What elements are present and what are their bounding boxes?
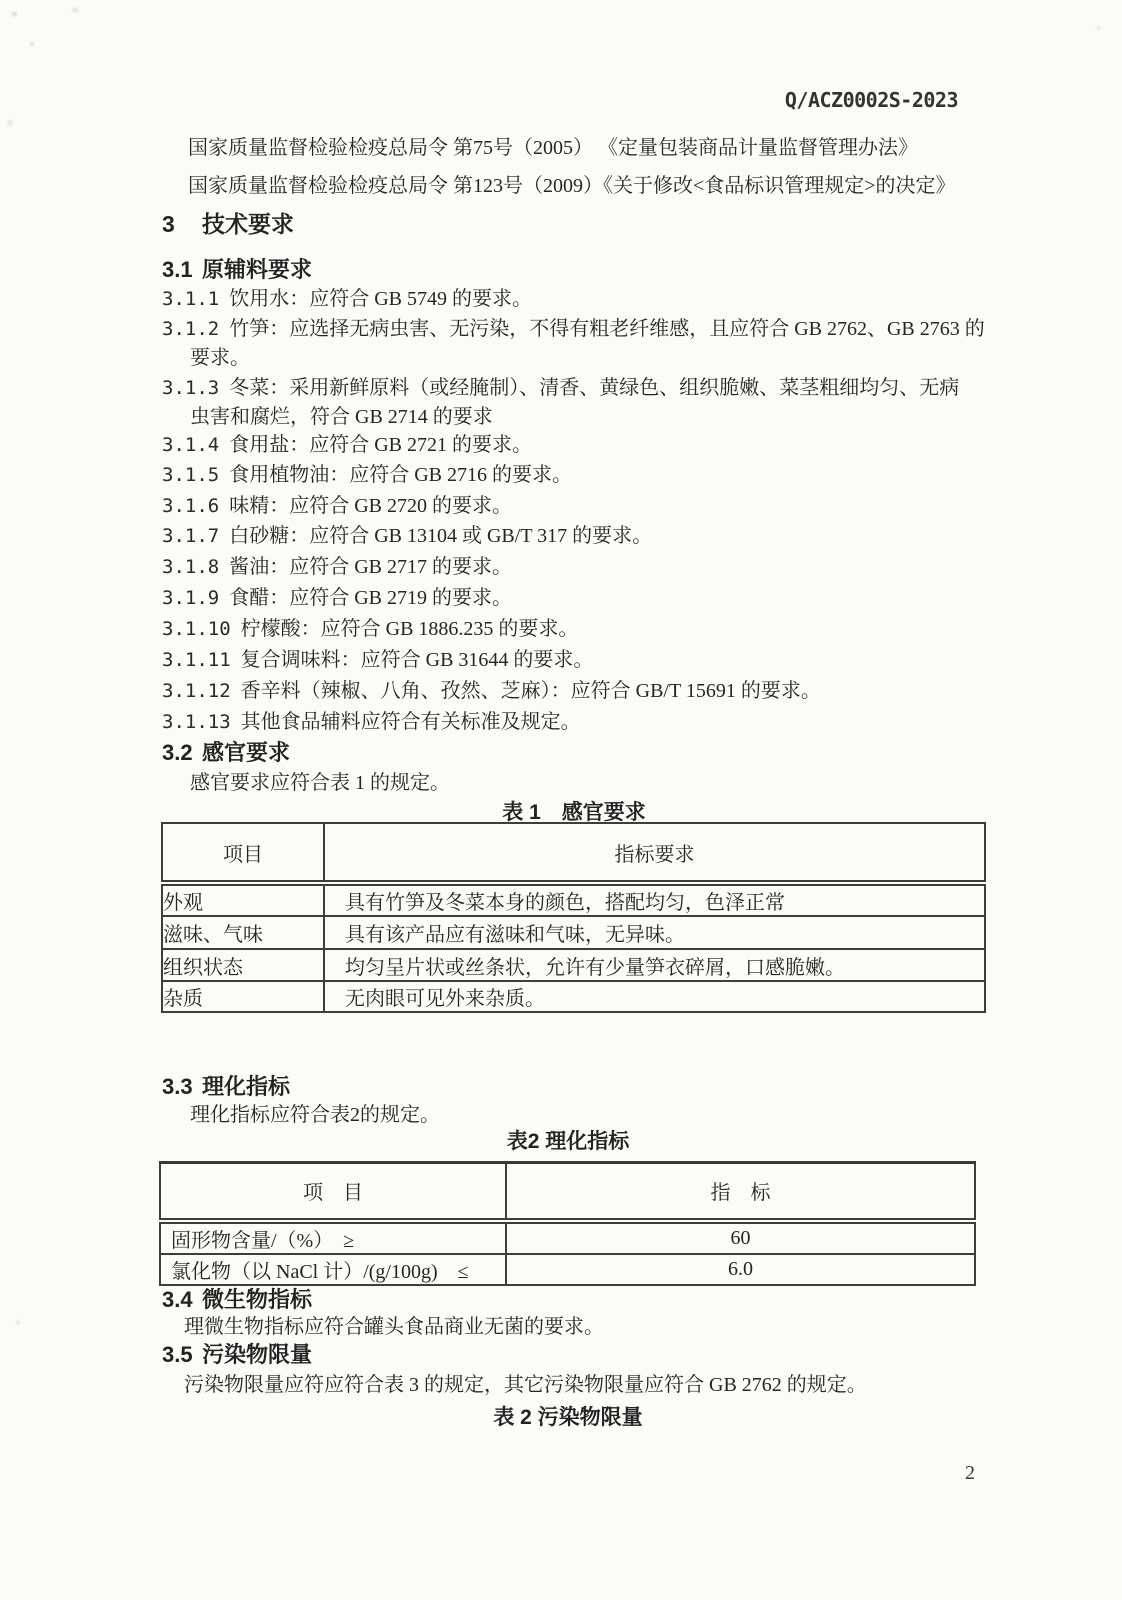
clause-number: 3.1.9 <box>162 587 219 609</box>
clause-number: 3.1.1 <box>162 288 219 310</box>
header-cell: 指 标 <box>506 1163 975 1221</box>
document-page: Q/ACZ0002S-2023 国家质量监督检验检疫总局令 第75号（2005）… <box>0 0 1122 1600</box>
clause-item-3-1-13: 3.1.13其他食品辅料应符合有关标准及规定。 <box>162 708 1102 737</box>
table-row: 杂质 无肉眼可见外来杂质。 <box>162 981 985 1012</box>
table-header-row: 项 目 指 标 <box>160 1163 975 1221</box>
physicochemical-table: 项 目 指 标 固形物含量/（%） ≥ 60 氯化物（以 NaCl 计）/(g/… <box>159 1161 976 1286</box>
table-cell: 杂质 <box>162 981 324 1012</box>
clause-text: 香辛料（辣椒、八角、孜然、芝麻）：应符合 GB/T 15691 的要求。 <box>241 680 821 702</box>
reference-line-2: 国家质量监督检验检疫总局令 第123号（2009）《关于修改<食品标识管理规定>… <box>188 171 956 201</box>
table-row: 固形物含量/（%） ≥ 60 <box>160 1221 975 1254</box>
clause-item-3-1-5: 3.1.5食用植物油：应符合 GB 2716 的要求。 <box>162 461 1102 490</box>
table-cell: 滋味、气味 <box>162 916 324 949</box>
section-number: 3.3 <box>162 1072 202 1102</box>
section-body-3-3: 理化指标应符合表2的规定。 <box>190 1100 440 1130</box>
scan-speck <box>8 120 12 126</box>
section-heading-3-3: 3.3理化指标 <box>162 1072 290 1102</box>
clause-number: 3.1.5 <box>162 464 219 486</box>
clause-number: 3.1.11 <box>162 649 231 671</box>
table2-caption: 表2 理化指标 <box>160 1127 976 1157</box>
header-cell: 指标要求 <box>324 823 985 883</box>
clause-text: 柠檬酸：应符合 GB 1886.235 的要求。 <box>241 618 579 640</box>
clause-number: 3.1.4 <box>162 434 219 456</box>
table-header-row: 项目 指标要求 <box>162 823 985 883</box>
clause-text: 白砂糖：应符合 GB 13104 或 GB/T 317 的要求。 <box>229 525 652 547</box>
scan-speck <box>72 8 79 12</box>
clause-number: 3.1.6 <box>162 495 219 517</box>
table-row: 组织状态 均匀呈片状或丝条状，允许有少量笋衣碎屑，口感脆嫩。 <box>162 949 985 981</box>
clause-item-3-1-12: 3.1.12香辛料（辣椒、八角、孜然、芝麻）：应符合 GB/T 15691 的要… <box>162 677 1102 706</box>
clause-item-3-1-11: 3.1.11复合调味料：应符合 GB 31644 的要求。 <box>162 646 1102 675</box>
table-cell: 6.0 <box>506 1254 975 1285</box>
section-title: 原辅料要求 <box>202 257 312 282</box>
section-heading-3: 3技术要求 <box>162 209 294 239</box>
section-number: 3.4 <box>162 1285 202 1315</box>
section-number: 3.5 <box>162 1340 202 1370</box>
section-body-3-2: 感官要求应符合表 1 的规定。 <box>190 768 450 798</box>
clause-item-3-1-9: 3.1.9食醋：应符合 GB 2719 的要求。 <box>162 584 1102 613</box>
clause-text: 酱油：应符合 GB 2717 的要求。 <box>229 556 512 578</box>
section-heading-3-4: 3.4微生物指标 <box>162 1285 312 1315</box>
section-heading-3-5: 3.5污染物限量 <box>162 1340 312 1370</box>
doc-code: Q/ACZ0002S-2023 <box>785 88 958 112</box>
clause-number: 3.1.8 <box>162 556 219 578</box>
table-row: 氯化物（以 NaCl 计）/(g/100g) ≤ 6.0 <box>160 1254 975 1285</box>
section-body-3-5: 污染物限量应符应符合表 3 的规定，其它污染物限量应符合 GB 2762 的规定… <box>184 1370 867 1400</box>
reference-line-1: 国家质量监督检验检疫总局令 第75号（2005） 《定量包装商品计量监督管理办法… <box>188 133 918 163</box>
clause-text: 冬菜：采用新鲜原料（或经腌制）、清香、黄绿色、组织脆嫩、菜茎粗细均匀、无病 <box>229 377 959 399</box>
table-cell: 具有该产品应有滋味和气味，无异味。 <box>324 916 985 949</box>
clause-number: 3.1.12 <box>162 680 231 702</box>
clause-item-3-1-8: 3.1.8酱油：应符合 GB 2717 的要求。 <box>162 553 1102 582</box>
page-number: 2 <box>948 1462 992 1485</box>
clause-item-3-1-3: 3.1.3冬菜：采用新鲜原料（或经腌制）、清香、黄绿色、组织脆嫩、菜茎粗细均匀、… <box>162 374 1102 432</box>
table-row: 外观 具有竹笋及冬菜本身的颜色，搭配均匀，色泽正常 <box>162 883 985 916</box>
section-heading-3-1: 3.1原辅料要求 <box>162 255 312 285</box>
clause-item-3-1-1: 3.1.1饮用水：应符合 GB 5749 的要求。 <box>162 285 1102 314</box>
clause-item-3-1-7: 3.1.7白砂糖：应符合 GB 13104 或 GB/T 317 的要求。 <box>162 522 1102 551</box>
section-number: 3 <box>162 209 202 239</box>
table-cell: 均匀呈片状或丝条状，允许有少量笋衣碎屑，口感脆嫩。 <box>324 949 985 981</box>
clause-text: 食用盐：应符合 GB 2721 的要求。 <box>229 434 532 456</box>
clause-number: 3.1.10 <box>162 618 231 640</box>
header-cell: 项目 <box>162 823 324 883</box>
section-title: 感官要求 <box>202 740 290 765</box>
clause-text-continued: 要求。 <box>162 344 1102 373</box>
clause-text: 复合调味料：应符合 GB 31644 的要求。 <box>241 649 594 671</box>
table-cell: 具有竹笋及冬菜本身的颜色，搭配均匀，色泽正常 <box>324 883 985 916</box>
section-heading-3-2: 3.2感官要求 <box>162 738 290 768</box>
table-cell: 外观 <box>162 883 324 916</box>
scan-speck <box>12 12 17 16</box>
clause-number: 3.1.3 <box>162 377 219 399</box>
clause-text-continued: 虫害和腐烂，符合 GB 2714 的要求 <box>162 403 1102 432</box>
scan-speck <box>30 42 34 46</box>
section-title: 理化指标 <box>202 1074 290 1099</box>
section-number: 3.1 <box>162 255 202 285</box>
clause-item-3-1-10: 3.1.10柠檬酸：应符合 GB 1886.235 的要求。 <box>162 615 1102 644</box>
table-row: 滋味、气味 具有该产品应有滋味和气味，无异味。 <box>162 916 985 949</box>
clause-item-3-1-6: 3.1.6味精：应符合 GB 2720 的要求。 <box>162 492 1102 521</box>
section-body-3-4: 理微生物指标应符合罐头食品商业无菌的要求。 <box>184 1312 604 1342</box>
clause-text: 食醋：应符合 GB 2719 的要求。 <box>229 587 512 609</box>
sensory-requirements-table: 项目 指标要求 外观 具有竹笋及冬菜本身的颜色，搭配均匀，色泽正常 滋味、气味 … <box>161 822 986 1013</box>
section-number: 3.2 <box>162 738 202 768</box>
scan-speck <box>16 1320 20 1325</box>
clause-item-3-1-4: 3.1.4食用盐：应符合 GB 2721 的要求。 <box>162 431 1102 460</box>
table-cell: 氯化物（以 NaCl 计）/(g/100g) ≤ <box>160 1254 506 1285</box>
clause-text: 饮用水：应符合 GB 5749 的要求。 <box>229 288 532 310</box>
section-title: 微生物指标 <box>202 1287 312 1312</box>
clause-number: 3.1.7 <box>162 525 219 547</box>
header-cell: 项 目 <box>160 1163 506 1221</box>
clause-text: 味精：应符合 GB 2720 的要求。 <box>229 495 512 517</box>
table3-caption: 表 2 污染物限量 <box>160 1403 976 1433</box>
table-cell: 组织状态 <box>162 949 324 981</box>
clause-item-3-1-2: 3.1.2竹笋：应选择无病虫害、无污染，不得有粗老纤维感，且应符合 GB 276… <box>162 315 1102 373</box>
table-cell: 无肉眼可见外来杂质。 <box>324 981 985 1012</box>
clause-text: 食用植物油：应符合 GB 2716 的要求。 <box>229 464 572 486</box>
scan-speck <box>1096 26 1101 30</box>
table-cell: 60 <box>506 1221 975 1254</box>
clause-number: 3.1.13 <box>162 711 231 733</box>
section-title: 污染物限量 <box>202 1342 312 1367</box>
clause-text: 竹笋：应选择无病虫害、无污染，不得有粗老纤维感，且应符合 GB 2762、GB … <box>229 318 985 340</box>
clause-number: 3.1.2 <box>162 318 219 340</box>
section-title: 技术要求 <box>202 211 294 237</box>
table-cell: 固形物含量/（%） ≥ <box>160 1221 506 1254</box>
clause-text: 其他食品辅料应符合有关标准及规定。 <box>241 711 581 733</box>
